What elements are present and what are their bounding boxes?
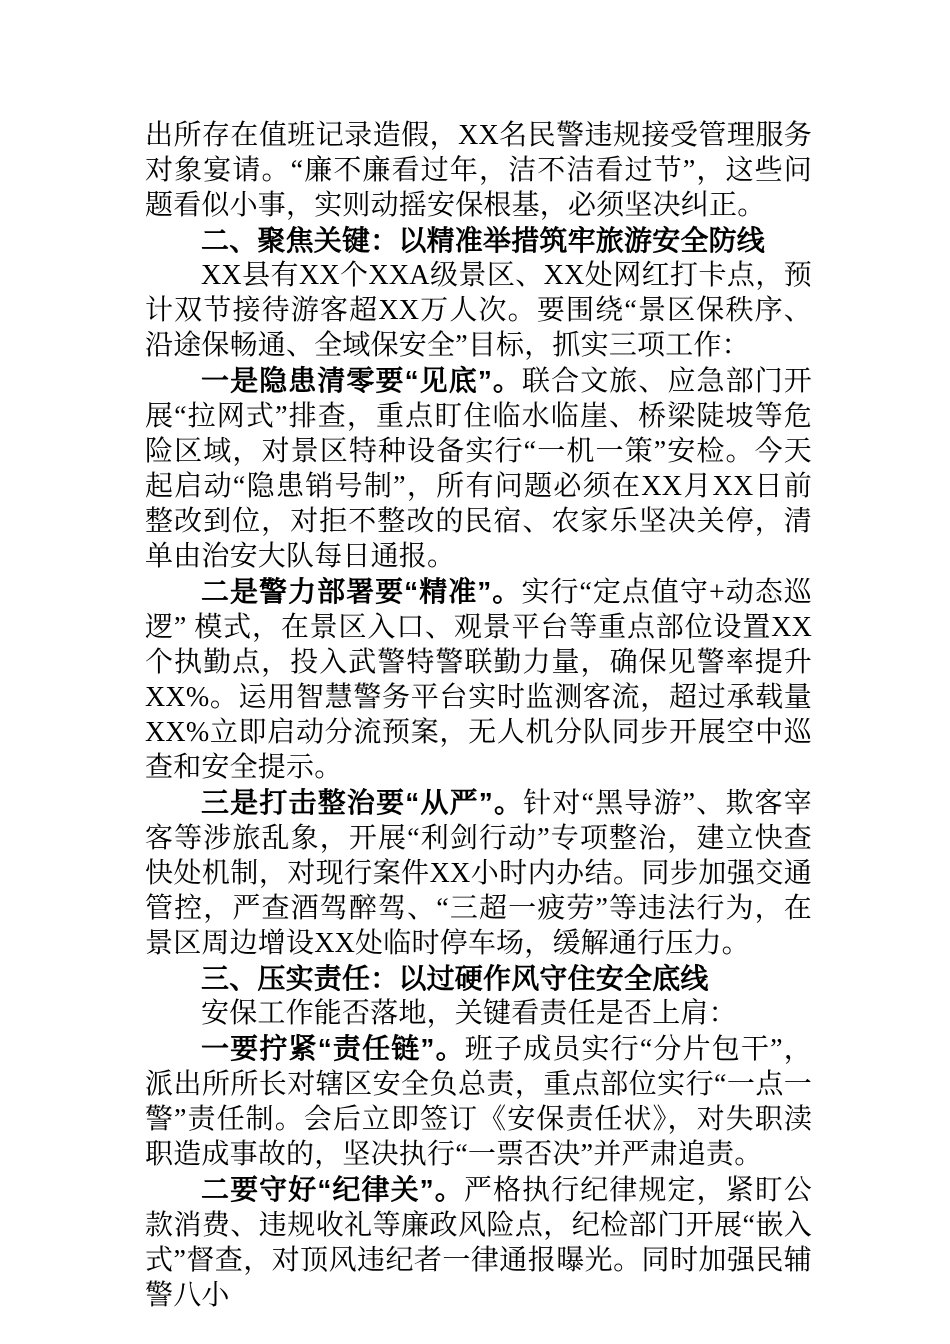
- paragraph-text: 实行“定点值守+动态巡逻” 模式，在景区入口、观景平台等重点部位设置XX个执勤点…: [145, 577, 812, 783]
- paragraph: 二是警力部署要“精准”。实行“定点值守+动态巡逻” 模式，在景区入口、观景平台等…: [145, 574, 812, 785]
- paragraph-lead: 一是隐患清零要“见底”。: [201, 365, 522, 396]
- paragraph: 一要拧紧“责任链”。班子成员实行“分片包干”，派出所所长对辖区安全负总责，重点部…: [145, 1031, 812, 1172]
- paragraph-text: 出所存在值班记录造假，XX名民警违规接受管理服务对象宴请。“廉不廉看过年，洁不洁…: [145, 120, 812, 221]
- paragraph: 安保工作能否落地，关键看责任是否上肩：: [145, 996, 812, 1031]
- paragraph-lead: 二是警力部署要“精准”。: [201, 576, 521, 607]
- paragraph-text: 安保工作能否落地，关键看责任是否上肩：: [201, 998, 737, 1029]
- section-heading: 三、压实责任：以过硬作风守住安全底线: [145, 961, 812, 996]
- section-heading: 二、聚焦关键：以精准举措筑牢旅游安全防线: [145, 223, 812, 258]
- paragraph: 二要守好“纪律关”。严格执行纪律规定，紧盯公款消费、违规收礼等廉政风险点，纪检部…: [145, 1172, 812, 1313]
- document-page: 出所存在值班记录造假，XX名民警违规接受管理服务对象宴请。“廉不廉看过年，洁不洁…: [0, 0, 950, 1344]
- paragraph-lead: 一要拧紧“责任链”。: [201, 1033, 465, 1064]
- section-heading-text: 二、聚焦关键：以精准举措筑牢旅游安全防线: [201, 225, 765, 256]
- paragraph-text: 联合文旅、应急部门开展“拉网式”排查，重点盯住临水临崖、桥梁陡坡等危险区域，对景…: [145, 366, 812, 572]
- document-body: 出所存在值班记录造假，XX名民警违规接受管理服务对象宴请。“廉不廉看过年，洁不洁…: [145, 118, 812, 1313]
- paragraph-lead: 二要守好“纪律关”。: [201, 1174, 464, 1205]
- paragraph: 三是打击整治要“从严”。针对“黑导游”、欺客宰客等涉旅乱象，开展“利剑行动”专项…: [145, 785, 812, 961]
- paragraph-text: XX县有XX个XXA级景区、XX处网红打卡点，预计双节接待游客超XX万人次。要围…: [145, 260, 812, 361]
- paragraph: 出所存在值班记录造假，XX名民警违规接受管理服务对象宴请。“廉不廉看过年，洁不洁…: [145, 118, 812, 223]
- paragraph: XX县有XX个XXA级景区、XX处网红打卡点，预计双节接待游客超XX万人次。要围…: [145, 258, 812, 363]
- paragraph-lead: 三是打击整治要“从严”。: [201, 787, 523, 818]
- section-heading-text: 三、压实责任：以过硬作风守住安全底线: [201, 963, 709, 994]
- paragraph: 一是隐患清零要“见底”。联合文旅、应急部门开展“拉网式”排查，重点盯住临水临崖、…: [145, 363, 812, 574]
